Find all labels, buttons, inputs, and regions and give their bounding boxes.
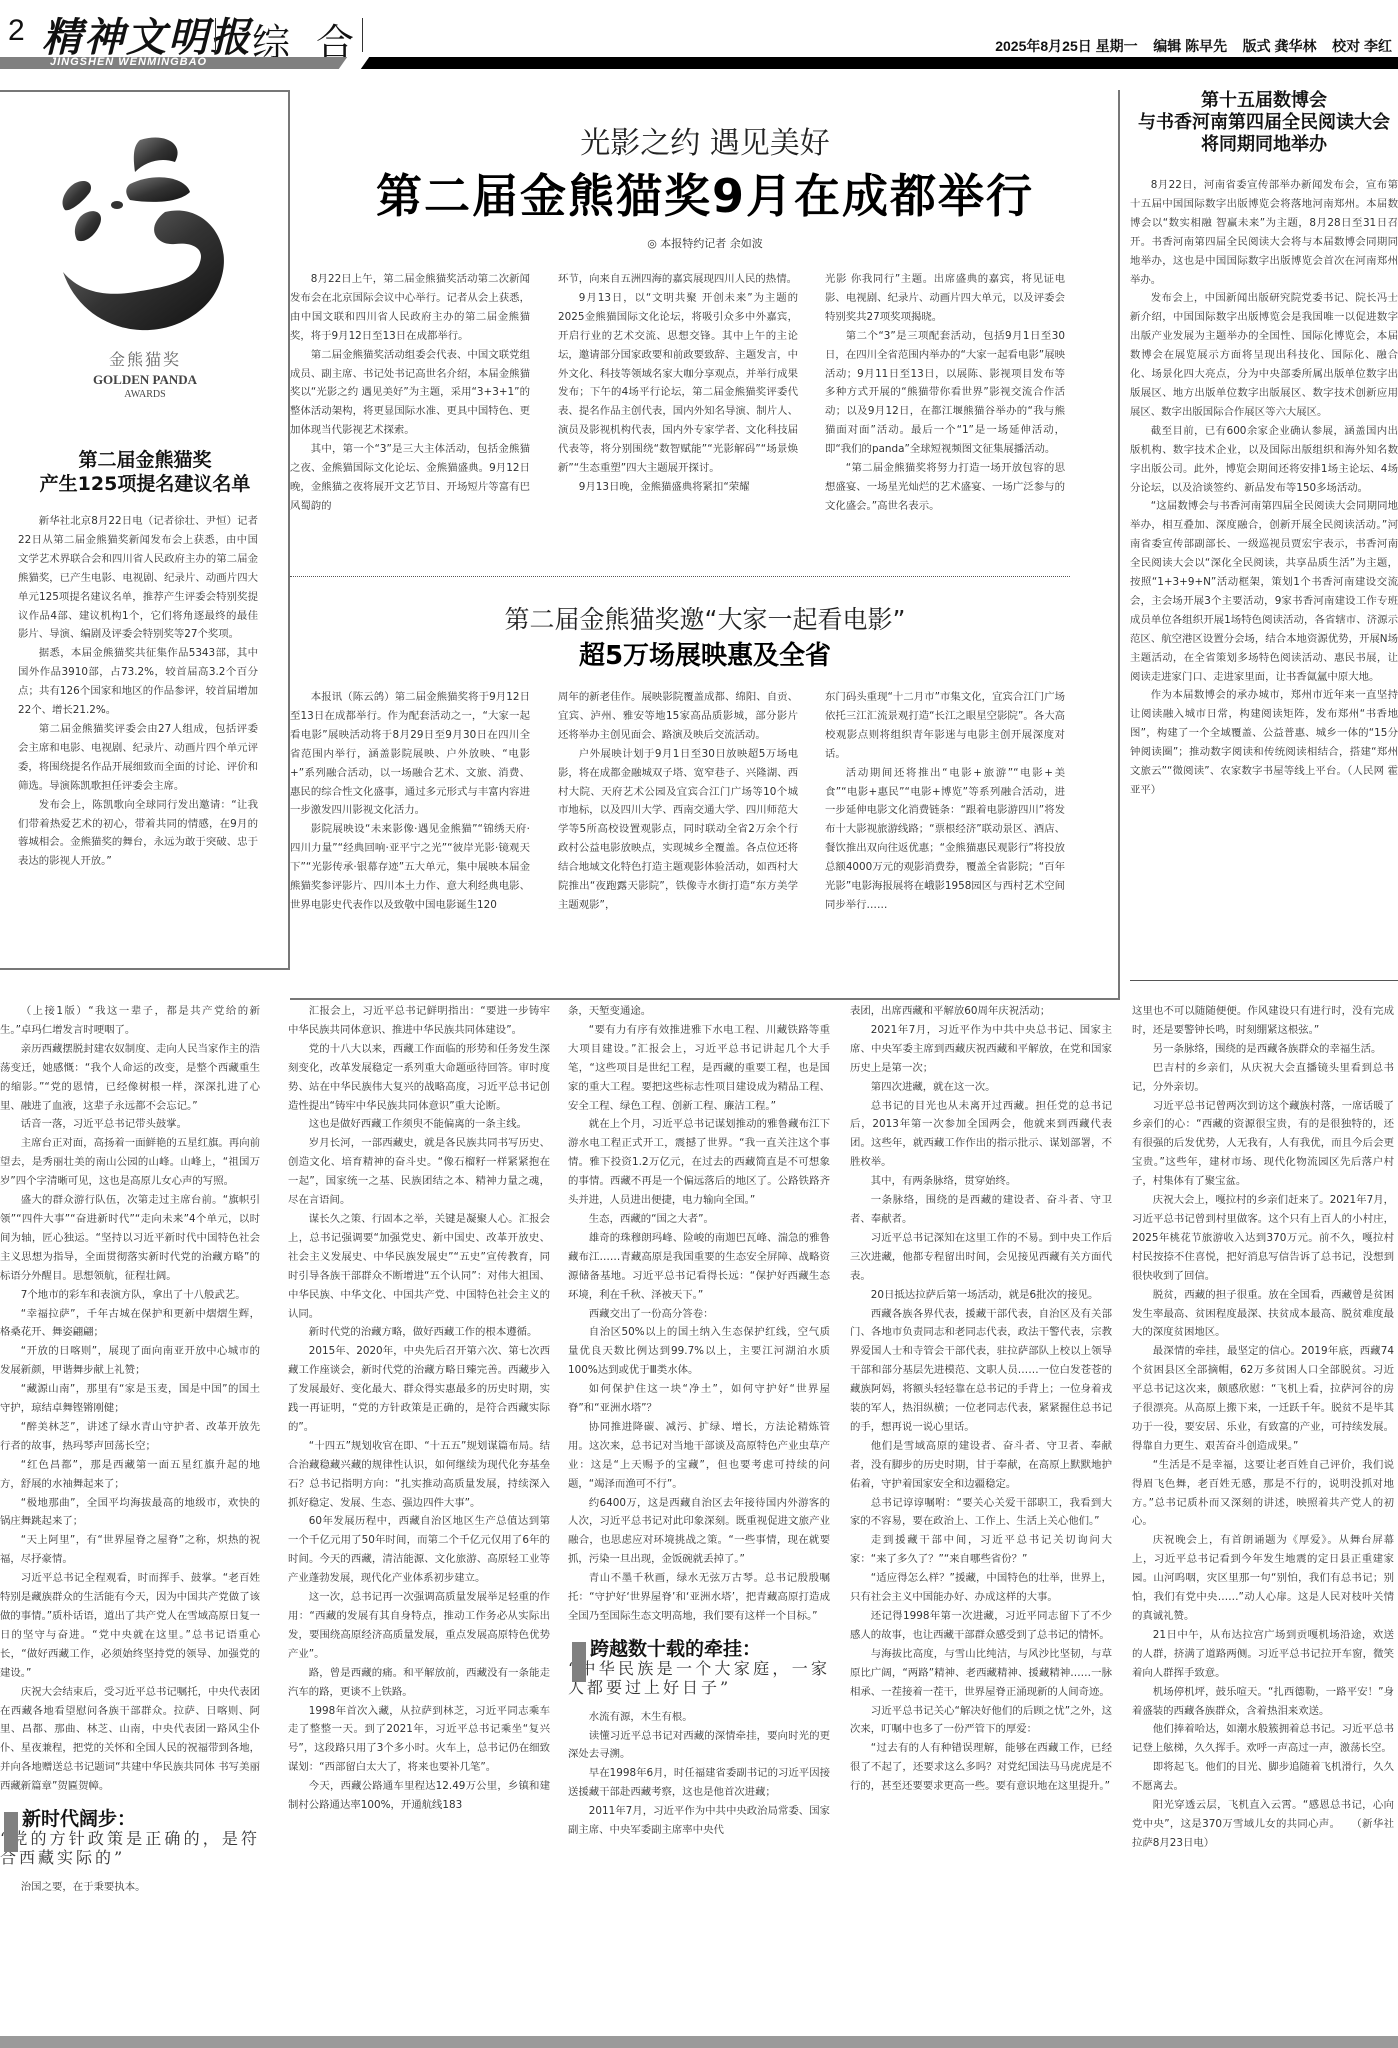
masthead-band-black [352, 57, 1398, 69]
paragraph: 汇报会上，习近平总书记鲜明指出：“要进一步铸牢中华民族共同体意识、推进中华民族共… [288, 1002, 550, 1040]
paragraph: 雄奇的珠穆朗玛峰、险峻的南迦巴瓦峰、湍急的雅鲁藏布江……青藏高原是我国重要的生态… [568, 1229, 830, 1305]
second-column-1: 本报讯（陈云鸽）第二届金熊猫奖将于9月12日至13日在成都举行。作为配套活动之一… [290, 688, 530, 915]
paragraph: “适应得怎么样？”援藏，中国特色的壮举，世界上，只有社会主义中国能办好、办成这样… [850, 1569, 1112, 1607]
paragraph: 第二届金熊猫奖评委会由27人组成，包括评委会主席和电影、电视剧、纪录片、动画片四… [18, 720, 258, 796]
right-title-line2: 与书香河南第四届全民阅读大会 [1130, 112, 1398, 134]
quote-bar [572, 1642, 586, 1682]
paragraph: 庆祝大会结束后，受习近平总书记嘱托，中央代表团在西藏各地看望慰问各族干部群众。拉… [0, 1683, 260, 1796]
paragraph: 2021年7月，习近平作为中共中央总书记、国家主席、中央军委主席到西藏庆祝西藏和… [850, 1021, 1112, 1078]
paragraph: 60年发展历程中，西藏自治区地区生产总值达到第一个千亿元用了50年时间，而第二个… [288, 1512, 550, 1588]
paragraph: 发布会上，陈凯歌向全球同行发出邀请：“让我们带着热爱艺术的初心，带着共同的情感，… [18, 796, 258, 872]
paragraph: 户外展映计划于9月1日至30日放映超5万场电影，将在成都金融城双子塔、宽窄巷子、… [558, 745, 798, 915]
paragraph: 西藏交出了一份高分答卷： [568, 1305, 830, 1324]
paragraph: 今天，西藏公路通车里程达12.49万公里，乡镇和建制村公路通达率100%，开通航… [288, 1777, 550, 1815]
paragraph: （上接1版）“我这一辈子，都是共产党给的新生。”卓玛仁增发言时哽咽了。 [0, 1002, 260, 1040]
second-column-2: 周年的新老佳作。展映影院覆盖成都、绵阳、自贡、宜宾、泸州、雅安等地15家高品质影… [558, 688, 798, 915]
paragraph: 另一条脉络，围绕的是西藏各族群众的幸福生活。 [1132, 1040, 1394, 1059]
paragraph: 亲历西藏摆脱封建农奴制度、走向人民当家作主的浩荡变迁，她感慨：“我个人命运的改变… [0, 1040, 260, 1116]
paragraph: “藏源山南”，那里有“家是玉麦，国是中国”的国土守护，琼结卓舞铿锵刚健； [0, 1380, 260, 1418]
left-box-body: 新华社北京8月22日电（记者徐壮、尹恒）记者22日从第二届金熊猫奖新闻发布会上获… [18, 512, 258, 871]
proofread-credit: 校对 李红 [1332, 38, 1392, 54]
page-number: 2 [8, 14, 25, 48]
quote-title: 新时代阔步： [22, 1808, 136, 1830]
paragraph: “生活是不是幸福，这要让老百姓自己评价，我们说得眉飞色舞，老百姓无感，那是不行的… [1132, 1456, 1394, 1532]
quote-title: 跨越数十载的牵挂： [590, 1638, 761, 1660]
paragraph: 环节，向来自五洲四海的嘉宾展现四川人民的热情。 [558, 270, 798, 289]
paragraph: 即将起飞。他们的目光、脚步追随着飞机滑行，久久不愿离去。 [1132, 1758, 1394, 1796]
main-column-1: 8月22日上午，第二届金熊猫奖活动第二次新闻发布会在北京国际会议中心举行。记者从… [290, 270, 530, 516]
paragraph: 东门码头重现“十二月市”市集文化，宜宾合江门广场依托三江汇流景观打造“长江之眼星… [825, 688, 1065, 764]
paragraph: 21日中午，从布达拉宫广场到贡嘎机场沿途，欢送的人群，挤满了道路两侧。习近平总书… [1132, 1626, 1394, 1683]
paragraph: 岁月长河，一部西藏史，就是各民族共同书写历史、创造文化、培育精神的奋斗史。“像石… [288, 1134, 550, 1210]
paragraph: 8月22日上午，第二届金熊猫奖活动第二次新闻发布会在北京国际会议中心举行。记者从… [290, 270, 530, 346]
paragraph: 如何保护住这一块“净土”，如何守护好“世界屋脊”和“亚洲水塔”？ [568, 1380, 830, 1418]
quote-body: “党的方针政策是正确的，是符合西藏实际的” [0, 1830, 260, 1868]
paragraph: 机场停机坪，鼓乐喧天。“扎西德勒，一路平安！”身着盛装的西藏各族群众，含着热泪来… [1132, 1683, 1394, 1721]
tibet-column-2: 汇报会上，习近平总书记鲜明指出：“要进一步铸牢中华民族共同体意识、推进中华民族共… [288, 1002, 550, 1815]
paragraph: “幸福拉萨”，千年古城在保护和更新中熠熠生辉，格桑花开、舞姿翩翩； [0, 1305, 260, 1343]
paragraph: 水流有源，木生有根。 [568, 1708, 830, 1727]
logo-chinese-text: 金熊猫奖 [0, 347, 290, 370]
paragraph: “这届数博会与书香河南第四届全民阅读大会同期同地举办，相互叠加、深度融合，创新开… [1130, 497, 1398, 686]
main-column-3: 光影 你我同行”主题。出席盛典的嘉宾，将见证电影、电视剧、纪录片、动画片四大单元… [825, 270, 1065, 516]
paragraph: 习近平总书记曾两次到访这个藏族村落，一席话暖了乡亲们的心：“西藏的资源很宝贵，有… [1132, 1097, 1394, 1192]
paragraph: 盛大的群众游行队伍，次第走过主席台前。“旗帜引领”“四件大事”“奋进新时代”“走… [0, 1191, 260, 1286]
paragraph: “红色昌都”，那是西藏第一面五星红旗升起的地方，舒展的水袖舞起来了； [0, 1456, 260, 1494]
right-story-body: 8月22日，河南省委宣传部举办新闻发布会，宣布第十五届中国国际数字出版博览会将落… [1130, 176, 1398, 800]
paragraph: 一条脉络，围绕的是西藏的建设者、奋斗者、守卫者、奉献者。 [850, 1191, 1112, 1229]
paragraph: 影院展映设“未来影像·遇见金熊猫”“锦绣天府·四川力量”“经典回响·亚平宁之光”… [290, 820, 530, 915]
byline: ◎ 本报特约记者 余如波 [290, 235, 1120, 251]
right-title-line3: 将同期同地举办 [1130, 134, 1398, 156]
paragraph: 还记得1998年第一次进藏，习近平同志留下了不少感人的故事，也让西藏干部群众感受… [850, 1607, 1112, 1645]
paragraph: 西藏各族各界代表，援藏干部代表，自治区及有关部门、各地市负责同志和老同志代表，政… [850, 1305, 1112, 1437]
paragraph: 9月13日晚，金熊猫盛典将紧扣“荣耀 [558, 478, 798, 497]
paragraph: 第二个“3”是三项配套活动，包括9月1日至30日，在四川全省范围内举办的“大家一… [825, 327, 1065, 459]
paragraph: 早在1998年6月，时任福建省委副书记的习近平因接送援藏干部赴西藏考察，这也是他… [568, 1764, 830, 1802]
issue-meta: 2025年8月25日 星期一 编辑 陈早先 版式 龚华林 校对 李红 [995, 36, 1392, 56]
paragraph: 青山不墨千秋画，绿水无弦万古琴。总书记殷殷嘱托：“守护好‘世界屋脊’和‘亚洲水塔… [568, 1569, 830, 1626]
tibet-column-3: 条，天堑变通途。 “要有力有序有效推进雅下水电工程、川藏铁路等重大项目建设。”汇… [568, 1002, 830, 1840]
subsection-quote: 新时代阔步： “党的方针政策是正确的，是符合西藏实际的” [0, 1810, 260, 1868]
paragraph: 谋长久之策、行固本之举，关键是凝聚人心。汇报会上，总书记强调要“加强党史、新中国… [288, 1210, 550, 1323]
paragraph: 阳光穿透云层，飞机直入云霄。“感恩总书记，心向党中央”，这是370万雪域儿女的共… [1132, 1796, 1394, 1853]
paragraph: 这一次，总书记再一次强调高质量发展举足轻重的作用：“西藏的发展有其自身特点，推动… [288, 1588, 550, 1664]
paragraph: 新华社北京8月22日电（记者徐壮、尹恒）记者22日从第二届金熊猫奖新闻发布会上获… [18, 512, 258, 644]
newspaper-logo: 精神文明报 [42, 6, 252, 63]
paragraph: “天上阿里”，有“世界屋脊之屋脊”之称，炽热的祝福，尽抒豪情。 [0, 1531, 260, 1569]
paragraph: 作为本届数博会的承办城市，郑州市近年来一直坚持让阅读融入城市日常，构建阅读矩阵，… [1130, 686, 1398, 799]
paragraph: 路，曾是西藏的痛。和平解放前，西藏没有一条能走汽车的路，更谈不上铁路。 [288, 1664, 550, 1702]
paragraph: 其中，第一个“3”是三大主体活动，包括金熊猫之夜、金熊猫国际文化论坛、金熊猫盛典… [290, 440, 530, 516]
paragraph: 第二届金熊猫奖活动组委会代表、中国文联党组成员、副主席、书记处书记高世名介绍，本… [290, 346, 530, 441]
paragraph: “极地那曲”，全国平均海拔最高的地级市，欢快的锅庄舞跳起来了； [0, 1494, 260, 1532]
tibet-story: （上接1版）“我这一辈子，都是共产党给的新生。”卓玛仁增发言时哽咽了。 亲历西藏… [0, 1002, 1398, 2036]
paragraph: “过去有的人有种错误理解，能够在西藏工作，已经很了不起了，还要求这么多吗？对党纪… [850, 1739, 1112, 1796]
paragraph: 2015年、2020年，中央先后召开第六次、第七次西藏工作座谈会，新时代党的治藏… [288, 1342, 550, 1437]
paragraph: 主席台正对面，高扬着一面鲜艳的五星红旗。再向前望去，是秀丽壮美的南山公园的山峰。… [0, 1134, 260, 1191]
paragraph: 治国之要，在于秉要执本。 [0, 1878, 260, 1897]
paragraph: 这里也不可以随随便便。作风建设只有进行时，没有完成时，还是要警钟长鸣，时刻绷紧这… [1132, 1002, 1394, 1040]
paragraph: “开放的日喀则”，展现了面向南亚开放中心城市的发展新颜，甲谐舞步献上礼赞； [0, 1342, 260, 1380]
paragraph: 新时代党的治藏方略，做好西藏工作的根本遵循。 [288, 1323, 550, 1342]
paragraph: 其中，有两条脉络，贯穿始终。 [850, 1172, 1112, 1191]
paragraph: 据悉，本届金熊猫奖共征集作品5343部，其中国外作品3910部，占73.2%，较… [18, 644, 258, 720]
paragraph: 习近平总书记深知在这里工作的不易。到中央工作后三次进藏，他都专程留出时间，会见接… [850, 1229, 1112, 1286]
paragraph: 协同推进降碳、减污、扩绿、增长，方法论精炼管用。这次来，总书记对当地干部谈及高原… [568, 1418, 830, 1494]
paragraph: 条，天堑变通途。 [568, 1002, 830, 1021]
paragraph: 表团，出席西藏和平解放60周年庆祝活动； [850, 1002, 1112, 1021]
paragraph: 庆祝晚会上，有首朗诵题为《厚爱》。从舞台屏幕上，习近平总书记看到今年发生地震的定… [1132, 1531, 1394, 1626]
paragraph: 1998年首次入藏，从拉萨到林芝，习近平同志乘车走了整整一天。到了2021年，习… [288, 1702, 550, 1778]
paragraph: 他们捧着哈达，如潮水般簇拥着总书记。习近平总书记登上舷梯，久久挥手。欢呼一声高过… [1132, 1720, 1394, 1758]
paragraph: 他们是雪域高原的建设者、奋斗者、守卫者、奉献者，没有脚步的历史时期，甘于奉献，在… [850, 1437, 1112, 1494]
paragraph: 发布会上，中国新闻出版研究院党委书记、院长冯士新介绍，中国国际数字出版博览会是我… [1130, 289, 1398, 421]
paragraph: 第四次进藏，就在这一次。 [850, 1078, 1112, 1097]
second-subhead-2: 超5万场展映惠及全省 [290, 635, 1120, 672]
page-footer-bar [0, 2036, 1398, 2048]
paragraph: 与海拔比高度，与雪山比纯洁，与风沙比坚韧，与草原比广阔，“两路”精神、老西藏精神… [850, 1645, 1112, 1702]
main-headline: 第二届金熊猫奖9月在成都举行 [290, 160, 1120, 226]
paragraph: 习近平总书记全程观看，时而挥手、鼓掌。“老百姓特别是藏族群众的生活能有今天，因为… [0, 1569, 260, 1682]
tibet-column-5: 这里也不可以随随便便。作风建设只有进行时，没有完成时，还是要警钟长鸣，时刻绷紧这… [1132, 1002, 1394, 1853]
right-title-line1: 第十五届数博会 [1130, 90, 1398, 112]
paragraph: 习近平总书记关心“解决好他们的后顾之忧”之外，这次来，叮嘱中也多了一份严管下的厚… [850, 1702, 1112, 1740]
masthead-divider [362, 18, 363, 52]
right-story-title: 第十五届数博会 与书香河南第四届全民阅读大会 将同期同地举办 [1130, 90, 1398, 156]
paragraph: 党的十八大以来，西藏工作面临的形势和任务发生深刻变化，改革发展稳定一系列重大命题… [288, 1040, 550, 1116]
paragraph: 就在上个月，习近平总书记谋划推动的雅鲁藏布江下游水电工程正式开工，震撼了世界。“… [568, 1115, 830, 1210]
paragraph: 约6400万，这是西藏自治区去年接待国内外游客的人次，习近平总书记对此印象深刻。… [568, 1494, 830, 1570]
paragraph: 活动期间还将推出“电影+旅游”“电影+美食”“电影+惠民”“电影+博览”等系列融… [825, 764, 1065, 915]
paragraph: 8月22日，河南省委宣传部举办新闻发布会，宣布第十五届中国国际数字出版博览会将落… [1130, 176, 1398, 289]
right-story: 第十五届数博会 与书香河南第四届全民阅读大会 将同期同地举办 8月22日，河南省… [1130, 90, 1398, 980]
paragraph: 生态，西藏的“国之大者”。 [568, 1210, 830, 1229]
left-box-title-line1: 第二届金熊猫奖 [0, 448, 290, 472]
logo-english-subtext: AWARDS [0, 387, 290, 402]
paragraph: 7个地市的彩车和表演方队，拿出了十八般武艺。 [0, 1286, 260, 1305]
masthead: 2 精神文明报 综合 2025年8月25日 星期一 编辑 陈早先 版式 龚华林 … [0, 0, 1398, 70]
paragraph: 话音一落，习近平总书记带头鼓掌。 [0, 1115, 260, 1134]
main-column-2: 环节，向来自五洲四海的嘉宾展现四川人民的热情。 9月13日，以“文明共聚 开创未… [558, 270, 798, 497]
main-kicker: 光影之约 遇见美好 [290, 118, 1120, 162]
tibet-column-1: （上接1版）“我这一辈子，都是共产党给的新生。”卓玛仁增发言时哽咽了。 亲历西藏… [0, 1002, 260, 1897]
paragraph: 2011年7月，习近平作为中共中央政治局常委、国家副主席、中央军委副主席率中央代 [568, 1802, 830, 1840]
quote-bar [4, 1812, 18, 1852]
logo-english-text: GOLDEN PANDA [0, 372, 290, 387]
brand-pinyin: JINGSHEN WENMINGBAO [50, 56, 207, 68]
quote-body: “中华民族是一个大家庭，一家人都要过上好日子” [568, 1660, 830, 1698]
paragraph: 巴吉村的乡亲们，从庆祝大会直播镜头里看到总书记，分外亲切。 [1132, 1059, 1394, 1097]
paragraph: 脱贫，西藏的担子很重。放在全国看，西藏曾是贫困发生率最高、贫困程度最深、扶贫成本… [1132, 1286, 1394, 1343]
tibet-column-4: 表团，出席西藏和平解放60周年庆祝活动； 2021年7月，习近平作为中共中央总书… [850, 1002, 1112, 1796]
golden-panda-logo-icon [45, 132, 235, 332]
paragraph: 截至目前，已有600余家企业确认参展，涵盖国内出版机构、数字技术企业，以及国际出… [1130, 422, 1398, 498]
main-story-box: 光影之约 遇见美好 第二届金熊猫奖9月在成都举行 ◎ 本报特约记者 余如波 8月… [290, 90, 1120, 1000]
editor-credit: 编辑 陈早先 [1153, 38, 1227, 54]
paragraph: “十四五”规划收官在即、“十五五”规划谋篇布局。结合治藏稳藏兴藏的规律性认识，如… [288, 1437, 550, 1513]
paragraph: 最深情的牵挂，最坚定的信心。2019年底，西藏74个贫困县区全部摘帽，62万多贫… [1132, 1342, 1394, 1455]
paragraph: 这也是做好西藏工作须臾不能偏离的一条主线。 [288, 1115, 550, 1134]
left-news-box: 金熊猫奖 GOLDEN PANDA AWARDS 第二届金熊猫奖 产生125项提… [0, 90, 290, 970]
layout-credit: 版式 龚华林 [1243, 38, 1317, 54]
masthead-divider [215, 18, 216, 52]
second-subhead-1: 第二届金熊猫奖邀“大家一起看电影” [290, 600, 1120, 636]
subsection-quote: 跨越数十载的牵挂： “中华民族是一个大家庭，一家人都要过上好日子” [568, 1640, 830, 1698]
paragraph: 周年的新老佳作。展映影院覆盖成都、绵阳、自贡、宜宾、泸州、雅安等地15家高品质影… [558, 688, 798, 745]
paragraph: 总书记谆谆嘱咐：“要关心关爱干部职工，我看到大家的不容易，要在政治上、工作上、生… [850, 1494, 1112, 1532]
paragraph: 庆祝大会上，嘎拉村的乡亲们赶来了。2021年7月，习近平总书记曾到村里做客。这个… [1132, 1191, 1394, 1286]
paragraph: 20日抵达拉萨后第一场活动，就是6批次的接见。 [850, 1286, 1112, 1305]
quote-header: 新时代阔步： [0, 1810, 260, 1830]
paragraph: 走到援藏干部中间，习近平总书记关切询问大家：“来了多久了？”“来自哪些省份？” [850, 1531, 1112, 1569]
paragraph: 自治区50%以上的国土纳入生态保护红线，空气质量优良天数比例达到99.7%以上，… [568, 1323, 830, 1380]
paragraph: 光影 你我同行”主题。出席盛典的嘉宾，将见证电影、电视剧、纪录片、动画片四大单元… [825, 270, 1065, 327]
paragraph: “第二届金熊猫奖将努力打造一场开放包容的思想盛宴、一场星光灿烂的艺术盛宴、一场广… [825, 459, 1065, 516]
paragraph: “要有力有序有效推进雅下水电工程、川藏铁路等重大项目建设。”汇报会上，习近平总书… [568, 1021, 830, 1116]
paragraph: “醉美林芝”，讲述了绿水青山守护者、改革开放先行者的故事，热玛琴声回荡长空； [0, 1418, 260, 1456]
paragraph: 9月13日，以“文明共聚 开创未来”为主题的2025金熊猫国际文化论坛，将吸引众… [558, 289, 798, 478]
left-box-title-line2: 产生125项提名建议名单 [0, 472, 290, 496]
paragraph: 本报讯（陈云鸽）第二届金熊猫奖将于9月12日至13日在成都举行。作为配套活动之一… [290, 688, 530, 820]
paragraph: 总书记的目光也从未离开过西藏。担任党的总书记后，2013年第一次参加全国两会，他… [850, 1097, 1112, 1173]
left-box-title: 第二届金熊猫奖 产生125项提名建议名单 [0, 448, 290, 496]
paragraph: 读懂习近平总书记对西藏的深情牵挂，要向时光的更深处去寻溯。 [568, 1727, 830, 1765]
right-story-rule [1130, 980, 1398, 981]
story-divider [290, 576, 1070, 577]
issue-date: 2025年8月25日 星期一 [995, 38, 1137, 54]
quote-header: 跨越数十载的牵挂： [568, 1640, 830, 1660]
second-column-3: 东门码头重现“十二月市”市集文化，宜宾合江门广场依托三江汇流景观打造“长江之眼星… [825, 688, 1065, 915]
